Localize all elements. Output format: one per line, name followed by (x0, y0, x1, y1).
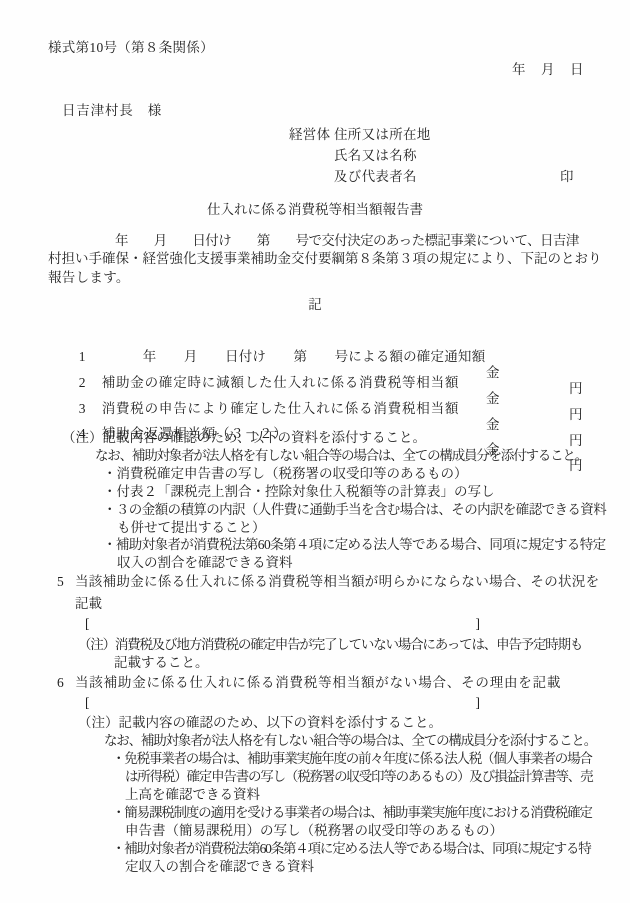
note1-bullet-1: ・消費税確定申告書の写し（税務署の収受印等のあるもの） (103, 466, 468, 482)
note1-bullet-3: ・３の金額の積算の内訳（人件費に通勤手当を含む場合は、その内訳を確認できる資料 (103, 502, 606, 518)
form-number: 様式第10号（第８条関係） (48, 40, 214, 56)
item5-number: 5 (57, 574, 64, 590)
item6-entry-field: [ ] (85, 695, 480, 711)
seal-mark: 印 (560, 169, 574, 185)
intro-line-1: 年 月 日付け 第 号で交付決定のあった標記事業について、日吉津 (115, 233, 579, 249)
sender-label: 経営体 (289, 127, 330, 143)
addressee: 日吉津村長 様 (62, 103, 162, 119)
item5-entry-field: [ ] (85, 616, 480, 632)
note1-bullet-3-cont: も併せて提出すること） (117, 520, 266, 536)
date-line: 年 月 日 (512, 62, 585, 78)
intro-line-2: 村担い手確保・経営強化支援事業補助金交付要綱第８条第３項の規定により、下記のとお… (48, 251, 602, 267)
sender-name-label: 氏名又は名称 (334, 148, 417, 164)
item5-note-cont: 記載すること。 (114, 655, 209, 671)
intro-line-3: 報告します。 (48, 270, 130, 286)
note6-bullet-1: ・免税事業者の場合は、補助事業実施年度の前々年度に係る法人税（個人事業者の場合 (112, 751, 592, 767)
bracket-open: [ (85, 695, 90, 711)
note1-sub: なお、補助対象者が法人格を有しない組合等の場合は、全ての構成員分を添付すること。 (95, 448, 587, 464)
item6-text: 当該補助金に係る仕入れに係る消費税等相当額がない場合、その理由を記載 (75, 675, 561, 691)
note6-bullet-2-cont: 申告書（簡易課税用）の写し（税務署の収受印等のあるもの） (125, 823, 503, 839)
note6-bullet-1-cont2: 上高を確認できる資料 (125, 787, 260, 803)
note1-bullet-4: ・補助対象者が消費税法第60条第４項に定める法人等である場合、同項に規定する特定 (103, 537, 606, 553)
note1-bullet-2: ・付表２「課税売上割合・控除対象仕入税額等の計算表」の写し (103, 484, 495, 500)
bracket-close: ] (476, 616, 481, 632)
document-page: 様式第10号（第８条関係） 年 月 日 日吉津村長 様 経営体 住所又は所在地 … (0, 0, 630, 903)
bracket-open: [ (85, 616, 90, 632)
note1-head: （注）記載内容の確認のため、以下の資料を添付すること。 (62, 430, 426, 446)
item6-number: 6 (57, 675, 64, 691)
note6-bullet-2: ・簡易課税制度の適用を受ける事業者の場合は、補助事業実施年度における消費税確定 (112, 805, 592, 821)
note1-bullet-4-cont: 収入の割合を確認できる資料 (117, 555, 293, 571)
note6-sub: なお、補助対象者が法人格を有しない組合等の場合は、全ての構成員分を添付すること。 (104, 733, 596, 749)
item5-text-cont: 記載 (75, 596, 102, 612)
sender-address-label: 住所又は所在地 (334, 127, 431, 143)
document-title: 仕入れに係る消費税等相当額報告書 (0, 202, 630, 218)
sender-representative-label: 及び代表者名 (334, 169, 417, 185)
note6-head: （注）記載内容の確認のため、以下の資料を添付すること。 (78, 715, 442, 731)
note6-bullet-3-cont: 定収入の割合を確認できる資料 (125, 859, 314, 875)
note6-bullet-1-cont: は所得税）確定申告書の写し（税務署の収受印等のあるもの）及び損益計算書等、売 (125, 769, 592, 785)
bracket-close: ] (476, 695, 481, 711)
item5-note: （注）消費税及び地方消費税の確定申告が完了していない場合にあっては、申告予定時期… (78, 637, 582, 653)
item5-text: 当該補助金に係る仕入れに係る消費税等相当額が明らかにならない場合、その状況を (75, 574, 599, 590)
record-heading: 記 (0, 297, 630, 313)
note6-bullet-3: ・補助対象者が消費税法第60条第４項に定める法人等である場合は、同項に規定する特 (112, 841, 591, 857)
